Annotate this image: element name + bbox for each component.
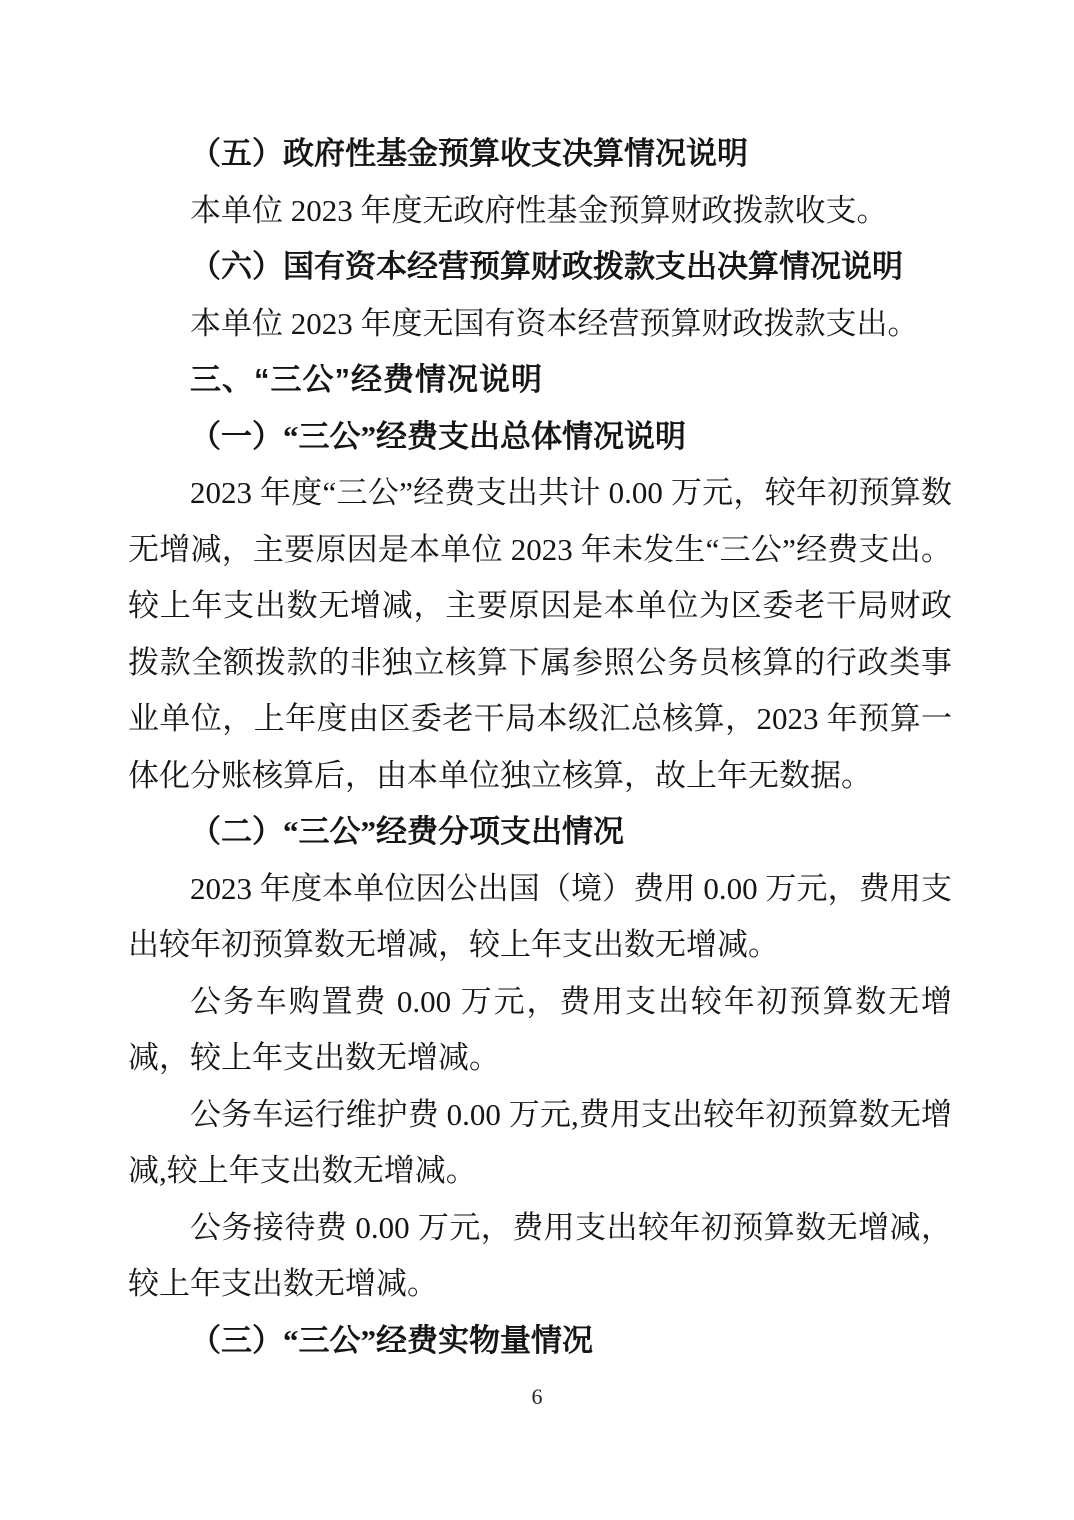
section-heading-state-capital-budget: （六）国有资本经营预算财政拨款支出决算情况说明 xyxy=(128,239,952,296)
paragraph-vehicle-purchase-expense: 公务车购置费 0.00 万元，费用支出较年初预算数无增减，较上年支出数无增减。 xyxy=(128,974,952,1087)
paragraph-overseas-travel-expense: 2023 年度本单位因公出国（境）费用 0.00 万元，费用支出较年初预算数无增… xyxy=(128,861,952,974)
document-page: （五）政府性基金预算收支决算情况说明 本单位 2023 年度无政府性基金预算财政… xyxy=(0,0,1074,1520)
paragraph-vehicle-maintenance-expense: 公务车运行维护费 0.00 万元,费用支出较年初预算数无增减,较上年支出数无增减… xyxy=(128,1087,952,1200)
paragraph-overall-expenditure: 2023 年度“三公”经费支出共计 0.00 万元，较年初预算数无增减，主要原因… xyxy=(128,465,952,804)
section-heading-physical-quantity: （三）“三公”经费实物量情况 xyxy=(128,1313,952,1370)
page-number: 6 xyxy=(0,1384,1074,1410)
paragraph-official-reception-expense: 公务接待费 0.00 万元，费用支出较年初预算数无增减，较上年支出数无增减。 xyxy=(128,1200,952,1313)
paragraph-state-capital-budget: 本单位 2023 年度无国有资本经营预算财政拨款支出。 xyxy=(128,296,952,353)
section-heading-itemized-expenditure: （二）“三公”经费分项支出情况 xyxy=(128,804,952,861)
paragraph-gov-fund-budget: 本单位 2023 年度无政府性基金预算财政拨款收支。 xyxy=(128,183,952,240)
section-heading-three-public-funds: 三、“三公”经费情况说明 xyxy=(128,352,952,409)
document-content: （五）政府性基金预算收支决算情况说明 本单位 2023 年度无政府性基金预算财政… xyxy=(128,126,952,1369)
section-heading-gov-fund-budget: （五）政府性基金预算收支决算情况说明 xyxy=(128,126,952,183)
section-heading-overall-expenditure: （一）“三公”经费支出总体情况说明 xyxy=(128,409,952,466)
